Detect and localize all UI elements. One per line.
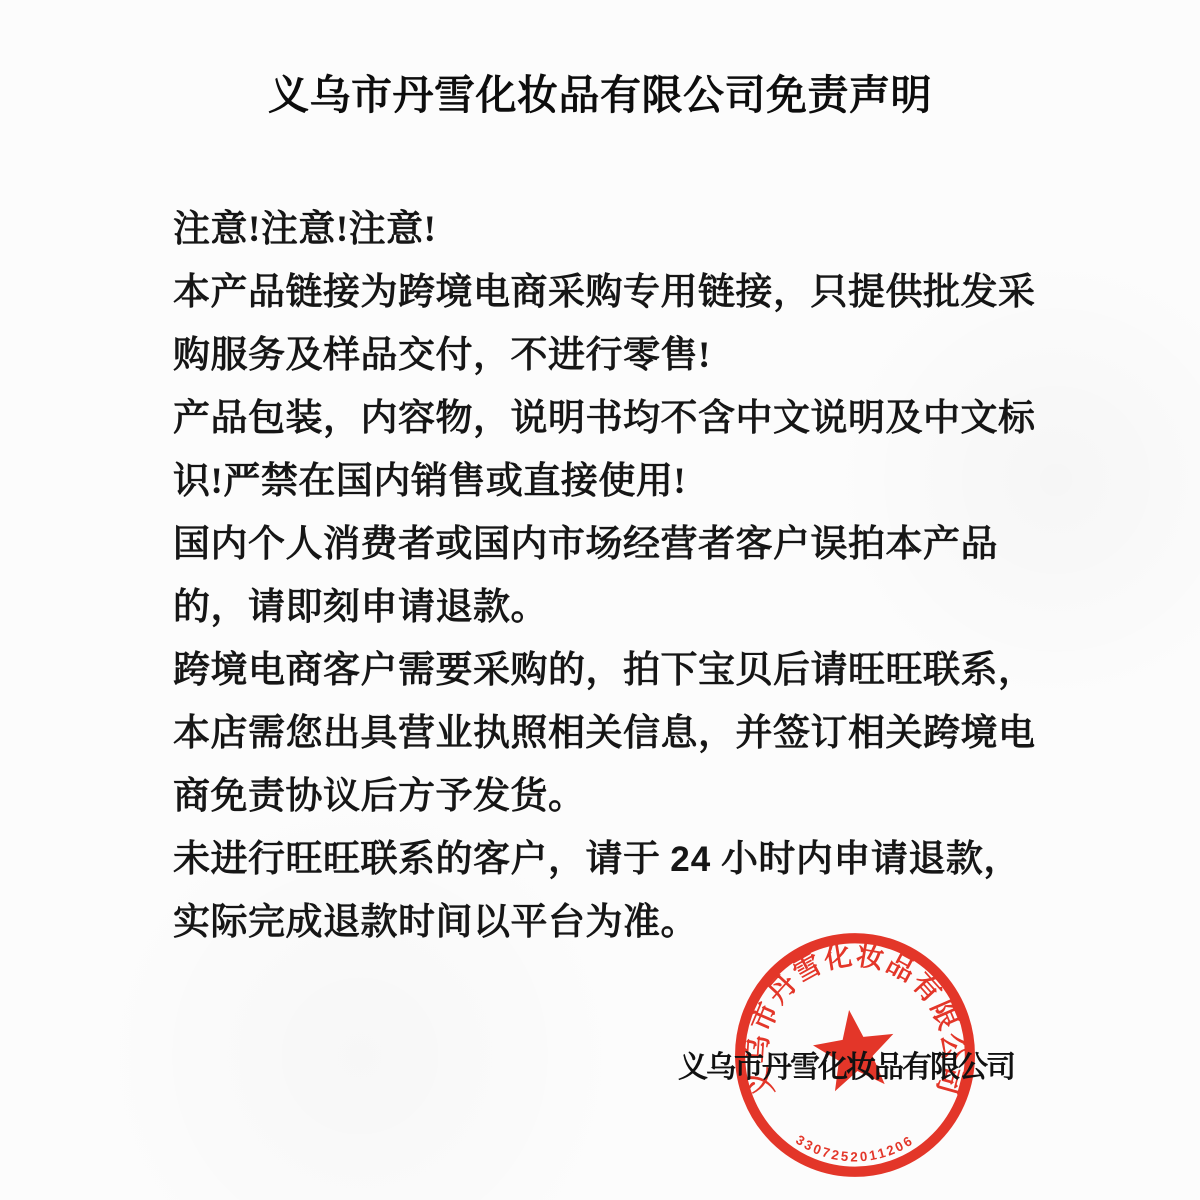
hours-number: 24 <box>670 840 711 879</box>
body-text-segment: 实际完成退款时间以平台为准。 <box>173 902 698 943</box>
body-line: 的，请即刻申请退款。 <box>173 576 1093 639</box>
body-text-segment: 未进行旺旺联系的客户，请于 <box>173 839 670 880</box>
body-text-segment: 注意!注意!注意! <box>173 209 436 250</box>
body-text-segment: 本店需您出具营业执照相关信息，并签订相关跨境电 <box>173 713 1036 754</box>
body-text-segment: 的，请即刻申请退款。 <box>173 587 548 628</box>
body-text-segment: 商免责协议后方予发货。 <box>173 776 586 817</box>
body-text-segment: 国内个人消费者或国内市场经营者客户误拍本产品 <box>173 524 998 565</box>
body-text-segment: 跨境电商客户需要采购的，拍下宝贝后请旺旺联系， <box>173 650 1036 691</box>
page-title: 义乌市丹雪化妆品有限公司免责声明 <box>0 62 1200 121</box>
body-text-segment: 产品包装，内容物，说明书均不含中文说明及中文标 <box>173 398 1036 439</box>
body-line: 本产品链接为跨境电商采购专用链接，只提供批发采 <box>173 261 1093 324</box>
body-line: 注意!注意!注意! <box>173 198 1093 261</box>
body-line: 商免责协议后方予发货。 <box>173 765 1093 828</box>
document-body: 注意!注意!注意!本产品链接为跨境电商采购专用链接，只提供批发采购服务及样品交付… <box>173 198 1093 954</box>
body-line: 识!严禁在国内销售或直接使用! <box>173 450 1093 513</box>
body-text-segment: 本产品链接为跨境电商采购专用链接，只提供批发采 <box>173 272 1036 313</box>
body-line: 跨境电商客户需要采购的，拍下宝贝后请旺旺联系， <box>173 639 1093 702</box>
body-text-segment: 识!严禁在国内销售或直接使用! <box>173 461 686 502</box>
body-line: 国内个人消费者或国内市场经营者客户误拍本产品 <box>173 513 1093 576</box>
body-text-segment: 小时内申请退款， <box>711 839 1021 880</box>
body-line: 购服务及样品交付，不进行零售! <box>173 324 1093 387</box>
disclaimer-document-page: 义乌市丹雪化妆品有限公司免责声明 注意!注意!注意!本产品链接为跨境电商采购专用… <box>0 0 1200 1200</box>
body-text-segment: 购服务及样品交付，不进行零售! <box>173 335 711 376</box>
body-line: 本店需您出具营业执照相关信息，并签订相关跨境电 <box>173 702 1093 765</box>
company-signature: 义乌市丹雪化妆品有限公司 <box>678 1042 1014 1086</box>
body-line: 产品包装，内容物，说明书均不含中文说明及中文标 <box>173 387 1093 450</box>
body-line: 未进行旺旺联系的客户，请于 24 小时内申请退款， <box>173 828 1093 891</box>
